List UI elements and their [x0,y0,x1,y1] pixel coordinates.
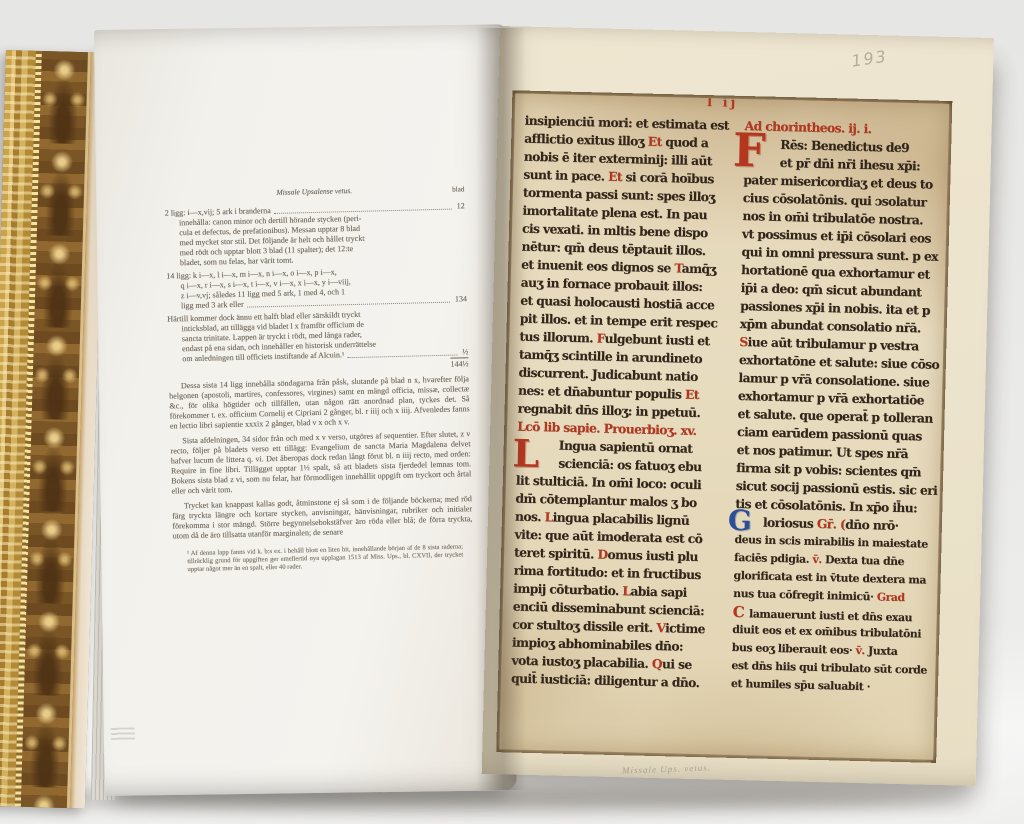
mount-window: l ij insipienciū mori: et estimata estaf… [496,90,952,763]
print-paragraph: Härtill kommer dock ännu ett halft blad … [167,307,468,376]
folio-column-label: blad [452,184,464,194]
manuscript-column-right: Ad chorintheos. ij. i.Rēs: Benedictus de… [731,117,945,698]
gilt-binding-edge [0,50,106,808]
print-paragraph: 2 ligg: i—x,vij; 5 ark i branderna12inne… [165,201,466,268]
illuminated-initial: L [512,437,539,470]
pencil-folio-number: 193 [850,46,889,70]
manuscript-column-left: insipienciū mori: et estimata estafflict… [511,112,739,693]
right-page-mount: 193 l ij insipienciū mori: et estimata e… [482,26,994,786]
running-head: Missale Upsalense vetus. [164,183,464,200]
print-text: 2 ligg: i—x,vij; 5 ark i branderna12inne… [165,201,474,575]
print-paragraph: Dessa sista 14 ligg innehålla söndagarna… [169,374,470,431]
print-paragraph: ¹ Af denna lapp fanns vid k. b:s ex. i b… [187,543,464,574]
photo-of-open-book: Missale Upsalense vetus. blad 2 ligg: i—… [0,0,1024,824]
leaf-signature: l ij [707,95,738,111]
faint-stamp [111,727,135,739]
print-paragraph: Trycket kan knappast kallas godt, åtmins… [172,494,473,541]
illuminated-initial: F [733,131,767,171]
manuscript-leaf: l ij insipienciū mori: et estimata estaf… [499,93,949,759]
print-paragraph: Sista afdelningen, 34 sidor från och med… [170,429,471,496]
left-page: Missale Upsalense vetus. blad 2 ligg: i—… [94,24,517,796]
illuminated-initial: G [728,509,752,533]
print-paragraph: 14 ligg: k i—x, l i—x, m i—x, n i—x, o i… [166,264,467,311]
printed-description: Missale Upsalense vetus. blad 2 ligg: i—… [164,183,473,578]
